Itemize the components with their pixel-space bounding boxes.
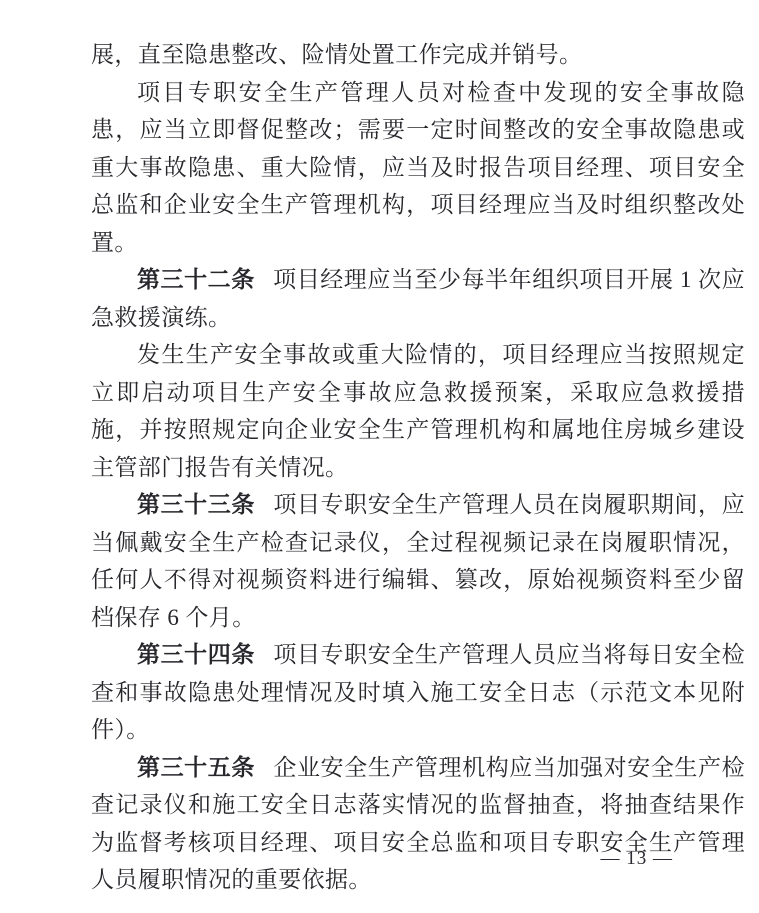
article-number: 第三十五条 xyxy=(137,754,255,780)
article-number: 第三十二条 xyxy=(137,266,255,292)
body-paragraph: 项目专职安全生产管理人员对检查中发现的安全事故隐患，应当立即督促整改；需要一定时… xyxy=(91,74,745,262)
body-paragraph: 发生生产安全事故或重大险情的，项目经理应当按照规定立即启动项目生产安全事故应急救… xyxy=(91,336,745,486)
document-body: 展，直至隐患整改、险情处置工作完成并销号。项目专职安全生产管理人员对检查中发现的… xyxy=(91,36,745,899)
page-number-text: — 13 — xyxy=(601,848,674,869)
article-number: 第三十四条 xyxy=(137,641,255,667)
body-paragraph: 展，直至隐患整改、险情处置工作完成并销号。 xyxy=(91,36,745,74)
document-page: 展，直至隐患整改、险情处置工作完成并销号。项目专职安全生产管理人员对检查中发现的… xyxy=(0,0,759,913)
page-number: — 13 — xyxy=(601,847,674,871)
article-number: 第三十三条 xyxy=(137,491,255,517)
article-paragraph: 第三十五条企业安全生产管理机构应当加强对安全生产检查记录仪和施工安全日志落实情况… xyxy=(91,749,745,899)
article-paragraph: 第三十四条项目专职安全生产管理人员应当将每日安全检查和事故隐患处理情况及时填入施… xyxy=(91,636,745,749)
article-paragraph: 第三十三条项目专职安全生产管理人员在岗履职期间，应当佩戴安全生产检查记录仪，全过… xyxy=(91,486,745,636)
article-paragraph: 第三十二条项目经理应当至少每半年组织项目开展 1 次应急救援演练。 xyxy=(91,261,745,336)
